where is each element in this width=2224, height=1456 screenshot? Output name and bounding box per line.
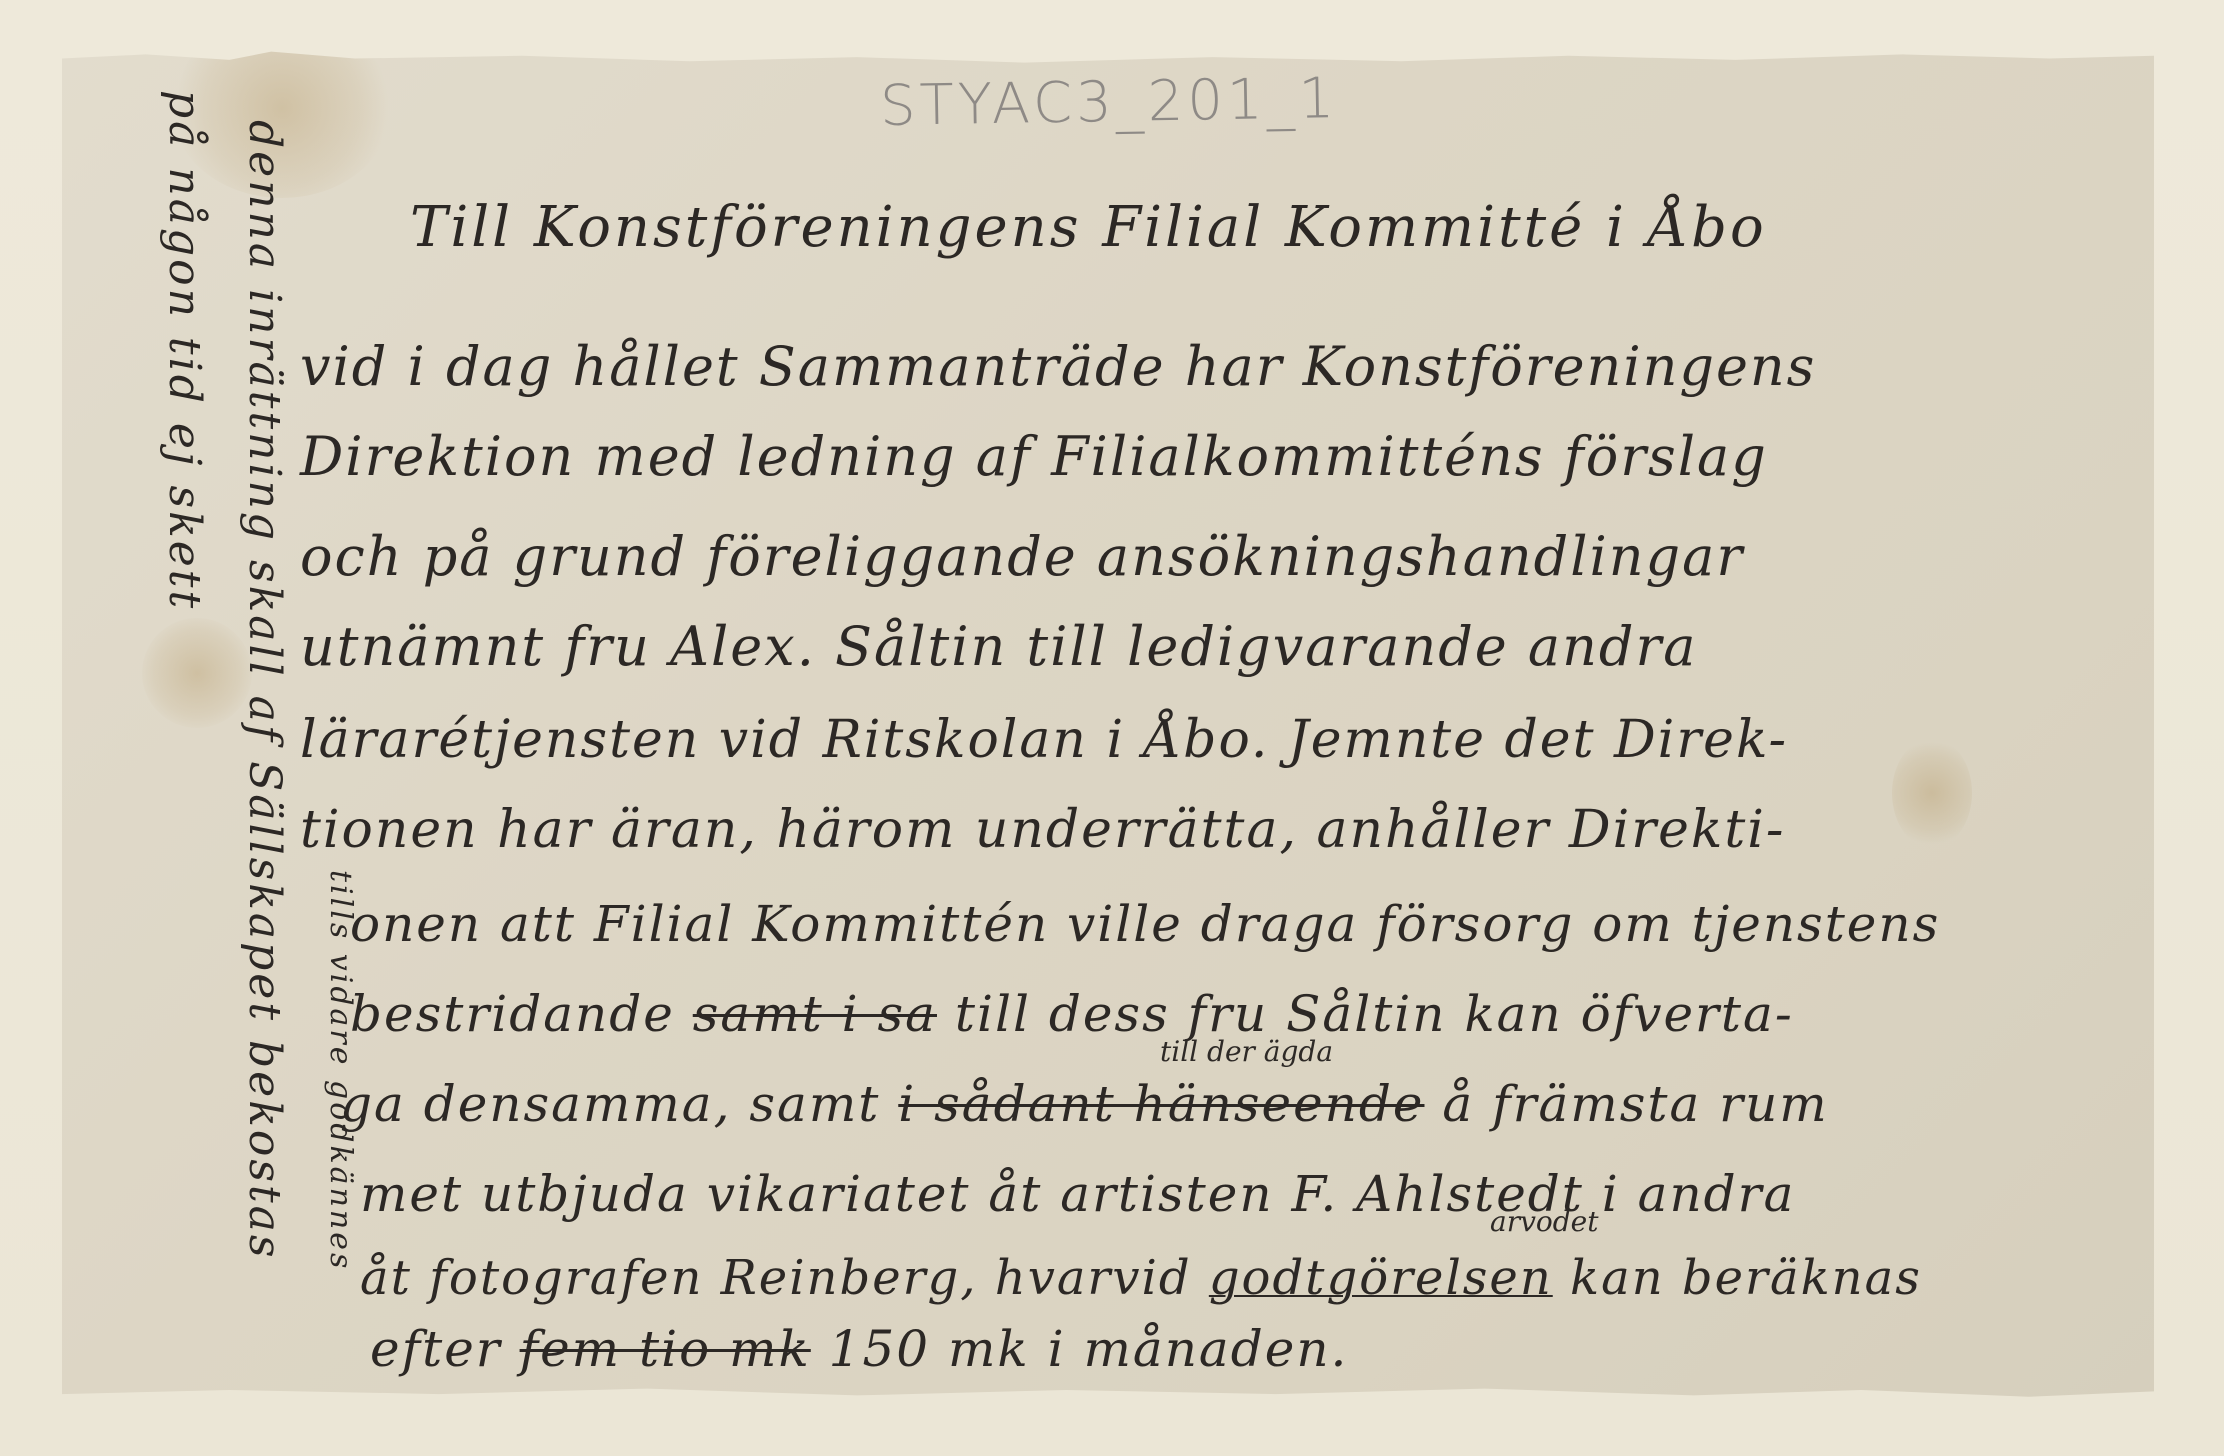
text: onen att Filial Kommittén ville draga fö… bbox=[350, 895, 1940, 953]
letter-line-11: åt fotografen Reinberg, hvarvid godtgöre… bbox=[360, 1250, 1922, 1306]
letter-line-12: efter fem tio mk 150 mk i månaden. bbox=[370, 1320, 1348, 1378]
letter-line-7: onen att Filial Kommittén ville draga fö… bbox=[350, 895, 1940, 953]
struck-text: fem tio mk bbox=[520, 1320, 811, 1378]
text: efter bbox=[370, 1320, 520, 1378]
text: kan beräknas bbox=[1553, 1250, 1922, 1306]
text: lärarétjensten vid Ritskolan i Åbo. Jemn… bbox=[300, 710, 1788, 770]
text: ga densamma, samt bbox=[340, 1075, 898, 1133]
text: utnämnt fru Alex. Såltin till ledigvaran… bbox=[300, 615, 1697, 678]
letter-line-1: vid i dag hållet Sammanträde har Konstfö… bbox=[300, 335, 1816, 398]
struck-text: i sådant hänseende bbox=[898, 1075, 1424, 1133]
letter-line-2: Direktion med ledning af Filialkommittén… bbox=[300, 425, 1768, 488]
letter-line-3: och på grund föreliggande ansökningshand… bbox=[300, 525, 1744, 588]
text: 150 mk i månaden. bbox=[811, 1320, 1349, 1378]
margin-note-column-1: denna inrättning skall af Sällskapet bek… bbox=[239, 120, 290, 1260]
text: å främsta rum bbox=[1424, 1075, 1828, 1133]
stain bbox=[1892, 738, 1972, 848]
text: Direktion med ledning af Filialkommittén… bbox=[300, 425, 1768, 488]
letter-line-5: lärarétjensten vid Ritskolan i Åbo. Jemn… bbox=[300, 710, 1788, 770]
text: och på grund föreliggande ansökningshand… bbox=[300, 525, 1744, 588]
underlined-text: godtgörelsen bbox=[1209, 1250, 1553, 1306]
stain bbox=[142, 618, 252, 728]
text: bestridande bbox=[350, 985, 693, 1043]
letter-line-6: tionen har äran, härom underrätta, anhål… bbox=[300, 800, 1785, 860]
interlinear-insertion: arvodet bbox=[1490, 1205, 1599, 1238]
struck-text: samt i sa bbox=[693, 985, 937, 1043]
letter-line-4: utnämnt fru Alex. Såltin till ledigvaran… bbox=[300, 615, 1697, 678]
text: åt fotografen Reinberg, hvarvid bbox=[360, 1250, 1209, 1306]
text: tionen har äran, härom underrätta, anhål… bbox=[300, 800, 1785, 860]
margin-note-column-3: på någon tid ej skett bbox=[159, 90, 210, 611]
text: vid i dag hållet Sammanträde har Konstfö… bbox=[300, 335, 1816, 398]
interlinear-insertion: till der ägda bbox=[1160, 1035, 1333, 1068]
text: till dess fru Såltin kan öfverta- bbox=[937, 985, 1794, 1043]
letter-heading: Till Konstföreningens Filial Kommitté i … bbox=[410, 195, 1767, 260]
margin-note-column-2: tills vidare godkännes bbox=[323, 870, 358, 1271]
letter-line-9: ga densamma, samt i sådant hänseende å f… bbox=[340, 1075, 1829, 1133]
archive-id: STYAC3_201_1 bbox=[879, 66, 1338, 139]
letter-line-8: bestridande samt i sa till dess fru Sålt… bbox=[350, 985, 1794, 1043]
